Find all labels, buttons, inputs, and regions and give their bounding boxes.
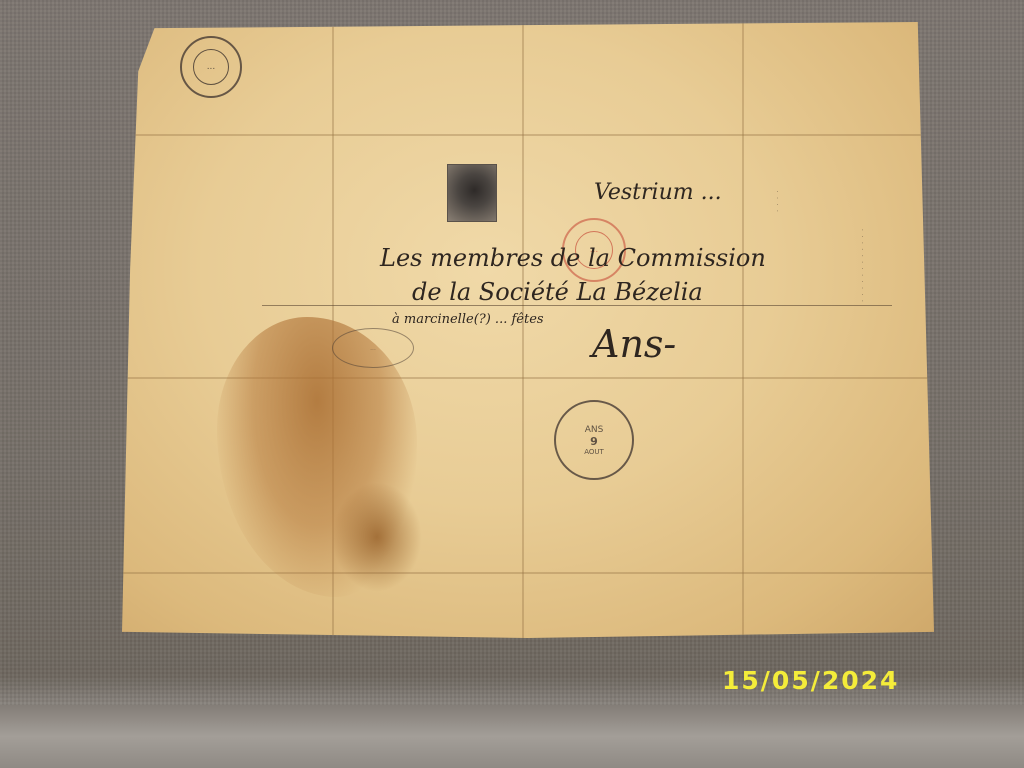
postmark-day: 9 [590,435,598,448]
postage-stamp [447,164,497,222]
postmark-top-left: ... [180,36,242,98]
fold-line [122,572,934,574]
handwriting-destination: Ans- [592,322,676,366]
water-stain [332,482,422,592]
fold-line [122,134,934,136]
postmark-town: ANS [585,425,604,435]
oval-cachet: ... [332,328,414,368]
postmark-text: ... [207,62,216,72]
cloth-fold [0,705,1024,768]
postmark-month: AOUT [584,448,604,456]
letter-cover: ... ... ANS 9 AOUT ... Vestrium ... Les … [122,22,934,638]
printed-form-text: . . . . . . . . . . . . [857,142,865,302]
handwriting-line3: de la Société La Bézelia [412,278,703,306]
printed-form-text: . . . . [772,152,780,212]
fold-line [522,22,524,638]
cachet-text: ... [370,345,376,352]
handwriting-line2: Les membres de la Commission [380,244,766,272]
fold-line [742,22,744,638]
camera-date-overlay: 15/05/2024 [722,666,899,695]
handwriting-line4: à marcinelle(?) ... fêtes [392,312,544,327]
postmark-ans: ANS 9 AOUT [554,400,634,480]
handwriting-line1: Vestrium ... [594,180,722,205]
